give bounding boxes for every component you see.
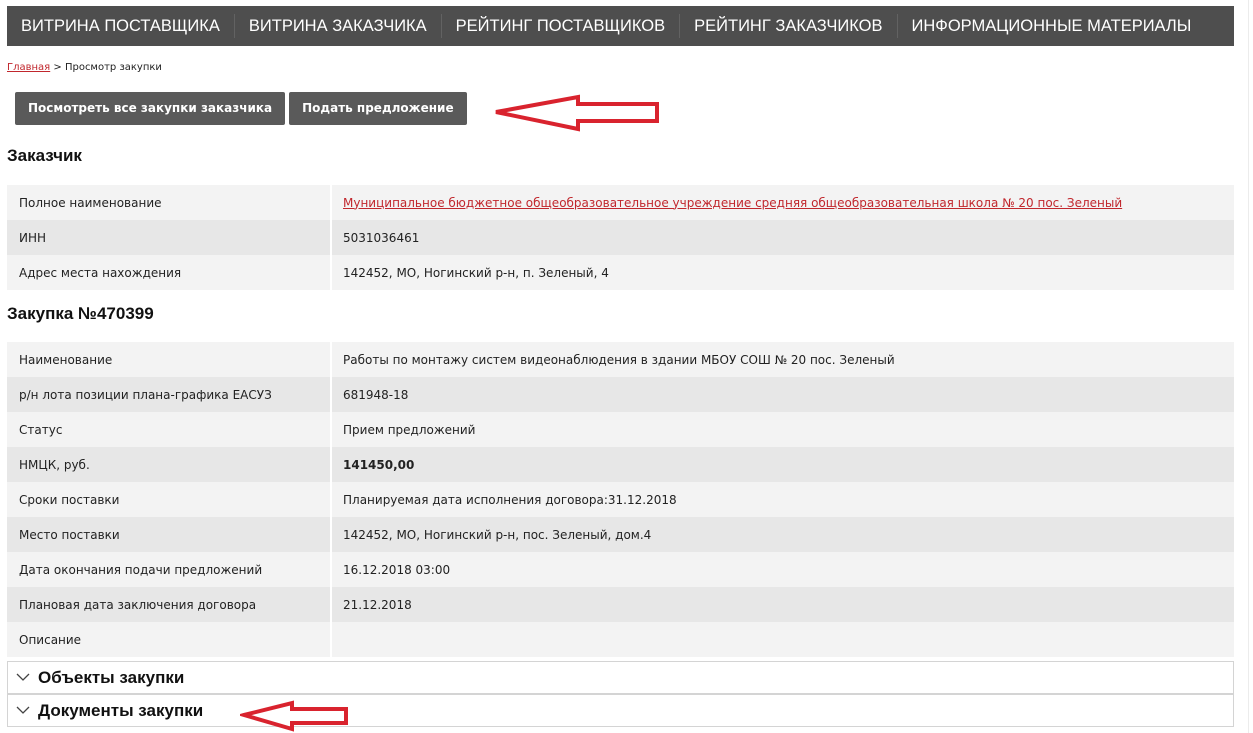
price-value: 141450,00 [332, 447, 1234, 482]
nav-info-materials[interactable]: ИНФОРМАЦИОННЫЕ МАТЕРИАЛЫ [898, 14, 1206, 38]
submit-offer-button[interactable]: Подать предложение [289, 92, 466, 125]
accordion-title: Документы закупки [38, 701, 203, 721]
row-value: 16.12.2018 03:00 [332, 552, 1234, 587]
row-label: ИНН [7, 220, 332, 255]
row-label: Наименование [7, 342, 332, 377]
scrollbar-track[interactable] [1248, 0, 1249, 733]
nav-supplier-rating[interactable]: РЕЙТИНГ ПОСТАВЩИКОВ [442, 14, 680, 38]
view-all-purchases-button[interactable]: Посмотреть все закупки заказчика [15, 92, 285, 125]
table-row: Адрес места нахождения 142452, МО, Ногин… [7, 255, 1234, 290]
row-value: 21.12.2018 [332, 587, 1234, 622]
row-value: 5031036461 [332, 220, 1234, 255]
row-value: Работы по монтажу систем видеонаблюдения… [332, 342, 1234, 377]
accordion-purchase-documents[interactable]: Документы закупки [7, 694, 1234, 727]
table-row: Наименование Работы по монтажу систем ви… [7, 342, 1234, 377]
row-label: Плановая дата заключения договора [7, 587, 332, 622]
row-label: р/н лота позиции плана-графика ЕАСУЗ [7, 377, 332, 412]
table-row: Сроки поставки Планируемая дата исполнен… [7, 482, 1234, 517]
nav-supplier-showcase[interactable]: ВИТРИНА ПОСТАВЩИКА [7, 14, 235, 38]
table-row: Описание [7, 622, 1234, 657]
accordion-purchase-objects[interactable]: Объекты закупки [7, 661, 1234, 694]
table-row: Полное наименование Муниципальное бюджет… [7, 185, 1234, 220]
table-row: р/н лота позиции плана-графика ЕАСУЗ 681… [7, 377, 1234, 412]
row-value: 142452, МО, Ногинский р-н, пос. Зеленый,… [332, 517, 1234, 552]
chevron-down-icon [8, 673, 38, 682]
row-label: Статус [7, 412, 332, 447]
chevron-down-icon [8, 706, 38, 715]
status-value: Прием предложений [332, 412, 1234, 447]
breadcrumb-current: Просмотр закупки [65, 62, 162, 73]
top-navigation: ВИТРИНА ПОСТАВЩИКА ВИТРИНА ЗАКАЗЧИКА РЕЙ… [7, 6, 1234, 46]
row-value: 142452, МО, Ногинский р-н, п. Зеленый, 4 [332, 255, 1234, 290]
customer-section-title: Заказчик [7, 146, 82, 166]
row-label: Сроки поставки [7, 482, 332, 517]
table-row: ИНН 5031036461 [7, 220, 1234, 255]
left-arrow-annotation-icon [240, 699, 352, 733]
nav-customer-rating[interactable]: РЕЙТИНГ ЗАКАЗЧИКОВ [680, 14, 897, 38]
nav-customer-showcase[interactable]: ВИТРИНА ЗАКАЗЧИКА [235, 14, 442, 38]
row-label: Полное наименование [7, 185, 332, 220]
row-value: 681948-18 [332, 377, 1234, 412]
row-label: Адрес места нахождения [7, 255, 332, 290]
left-arrow-annotation-icon [492, 94, 664, 134]
row-value [332, 622, 1234, 657]
purchase-section-title: Закупка №470399 [7, 304, 154, 324]
row-value: Муниципальное бюджетное общеобразователь… [332, 185, 1234, 220]
table-row: Плановая дата заключения договора 21.12.… [7, 587, 1234, 622]
table-row: Место поставки 142452, МО, Ногинский р-н… [7, 517, 1234, 552]
breadcrumb: Главная > Просмотр закупки [7, 62, 162, 73]
action-buttons: Посмотреть все закупки заказчика Подать … [15, 92, 467, 125]
row-label: НМЦК, руб. [7, 447, 332, 482]
accordion-title: Объекты закупки [38, 668, 184, 688]
purchase-info-table: Наименование Работы по монтажу систем ви… [7, 342, 1234, 657]
table-row: НМЦК, руб. 141450,00 [7, 447, 1234, 482]
breadcrumb-separator: > [50, 62, 65, 73]
row-label: Дата окончания подачи предложений [7, 552, 332, 587]
table-row: Статус Прием предложений [7, 412, 1234, 447]
customer-full-name-link[interactable]: Муниципальное бюджетное общеобразователь… [343, 196, 1122, 210]
customer-info-table: Полное наименование Муниципальное бюджет… [7, 185, 1234, 290]
row-value: Планируемая дата исполнения договора:31.… [332, 482, 1234, 517]
row-label: Описание [7, 622, 332, 657]
row-label: Место поставки [7, 517, 332, 552]
breadcrumb-home-link[interactable]: Главная [7, 62, 50, 73]
table-row: Дата окончания подачи предложений 16.12.… [7, 552, 1234, 587]
